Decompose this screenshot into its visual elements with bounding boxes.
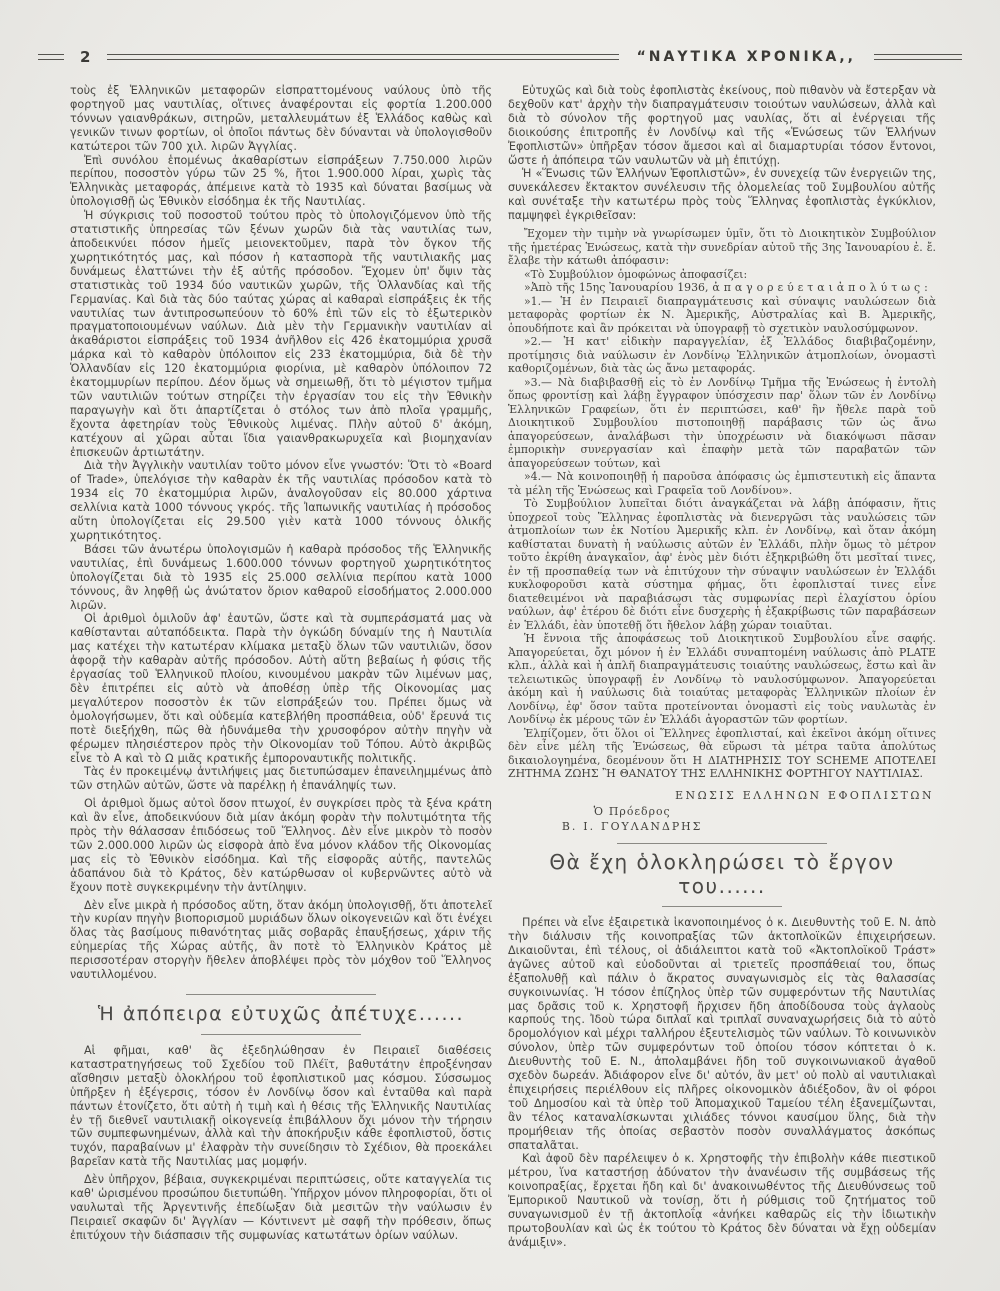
article-heading-apopeira: Ἡ ἀπόπειρα εὐτυχῶς ἀπέτυχε......	[70, 1003, 492, 1025]
header-rule-left	[38, 54, 64, 60]
signature-block: ΕΝΩΣΙΣ ΕΛΛΗΝΩΝ ΕΦΟΠΛΙΣΤΩΝ Ὁ Πρόεδρος Β. …	[508, 789, 936, 834]
signature-name: Β. Ι. ΓΟΥΛΑΝΔΡΗΣ	[508, 820, 756, 834]
paragraph: Οἱ ἀριθμοὶ ὅμως αὐτοὶ ὅσον πτωχοί, ἐν συ…	[70, 797, 492, 894]
paragraph: Τὸ Συμβούλιον λυπεῖται διότι ἀναγκάζεται…	[508, 497, 936, 632]
page-number: 2	[74, 48, 97, 66]
paragraph: Ἡ σύγκρισις τοῦ ποσοστοῦ τούτου πρὸς τὸ …	[70, 209, 492, 459]
masthead-title: “ΝΑΥΤΙΚΑ ΧΡΟΝΙΚΑ,,	[629, 49, 864, 65]
page-header: 2 “ΝΑΥΤΙΚΑ ΧΡΟΝΙΚΑ,,	[38, 48, 962, 66]
paragraph: Πρέπει νὰ εἶνε ἐξαιρετικὰ ἱκανοποιημένος…	[508, 916, 936, 1152]
section-divider	[662, 906, 782, 907]
paragraph: Ἐπὶ συνόλου ἑπομένως ἀκαθαρίστων εἰσπράξ…	[70, 154, 492, 210]
section-divider	[617, 843, 827, 844]
signature-organization: ΕΝΩΣΙΣ ΕΛΛΗΝΩΝ ΕΦΟΠΛΙΣΤΩΝ	[508, 789, 936, 803]
header-rule-middle	[107, 54, 618, 60]
right-column: Εὐτυχῶς καὶ διὰ τοὺς ἐφοπλιστὰς ἐκείνους…	[508, 84, 936, 1279]
paragraph: Διὰ τὴν Ἀγγλικὴν ναυτιλίαν τοῦτο μόνον ε…	[70, 459, 492, 542]
circular-letter-block: Ἔχομεν τὴν τιμὴν νὰ γνωρίσωμεν ὑμῖν, ὅτι…	[508, 227, 936, 833]
paragraph: Εὐτυχῶς καὶ διὰ τοὺς ἐφοπλιστὰς ἐκείνους…	[508, 84, 936, 167]
article-heading-ergon: Θὰ ἔχη ὁλοκληρώσει τὸ ἔργον του......	[508, 850, 936, 898]
paragraph: »Ἀπὸ τῆς 15ης Ἰανουαρίου 1936, ἀ π α γ ο…	[508, 281, 936, 295]
paragraph: Δὲν ὑπῆρχον, βέβαια, συγκεκριμέναι περιπ…	[70, 1173, 492, 1243]
paragraph: Ἐλπίζομεν, ὅτι ὅλοι οἱ Ἕλληνες ἐφοπλιστα…	[508, 727, 936, 781]
paragraph: Τὰς ἐν προκειμένῳ ἀντιλήψεις μας διετυπώ…	[70, 765, 492, 793]
scanned-magazine-page: { "page": { "number": "2", "masthead": "…	[0, 0, 1000, 1291]
paragraph: »1.— Ἡ ἐν Πειραιεῖ διαπραγμάτευσις καὶ σ…	[508, 295, 936, 336]
paragraph: Ἡ «Ἕνωσις τῶν Ἑλλήνων Ἐφοπλιστῶν», ἐν συ…	[508, 167, 936, 223]
header-rule-right	[874, 54, 962, 60]
paragraph: Ἔχομεν τὴν τιμὴν νὰ γνωρίσωμεν ὑμῖν, ὅτι…	[508, 227, 936, 268]
signature-title: Ὁ Πρόεδρος	[508, 805, 756, 819]
paragraph: Ἡ ἔννοια τῆς ἀποφάσεως τοῦ Διοικητικοῦ Σ…	[508, 632, 936, 727]
section-divider	[186, 994, 376, 995]
section-divider	[201, 1034, 361, 1035]
paragraph: Βάσει τῶν ἀνωτέρω ὑπολογισμῶν ἡ καθαρὰ π…	[70, 543, 492, 613]
left-column: τοὺς ἐξ Ἑλληνικῶν μεταφορῶν εἰσπραττομέν…	[70, 84, 492, 1274]
paragraph: Καὶ ἀφοῦ δὲν παρέλειψεν ὁ κ. Χρηστοφῆς τ…	[508, 1152, 936, 1249]
paragraph: »2.— Ἡ κατ' εἰδικὴν παραγγελίαν, ἐξ Ἑλλά…	[508, 335, 936, 376]
paragraph: Οἱ ἀριθμοὶ ὁμιλοῦν ἀφ' ἑαυτῶν, ὥστε καὶ …	[70, 612, 492, 765]
paragraph: Δὲν εἶνε μικρὰ ἡ πρόσοδος αὕτη, ὅταν ἀκό…	[70, 899, 492, 982]
paragraph: »4.— Νὰ κοινοποιηθῇ ἡ παροῦσα ἀπόφασις ὡ…	[508, 470, 936, 497]
paragraph: »3.— Νὰ διαβιβασθῇ εἰς τὸ ἐν Λονδίνῳ Τμῆ…	[508, 376, 936, 471]
paragraph: τοὺς ἐξ Ἑλληνικῶν μεταφορῶν εἰσπραττομέν…	[70, 84, 492, 154]
paragraph: Αἱ φῆμαι, καθ' ἃς ἐξεδηλώθησαν ἐν Πειραι…	[70, 1044, 492, 1169]
paragraph: «Τὸ Συμβούλιον ὁμοφώνως ἀποφασίζει:	[508, 268, 936, 282]
